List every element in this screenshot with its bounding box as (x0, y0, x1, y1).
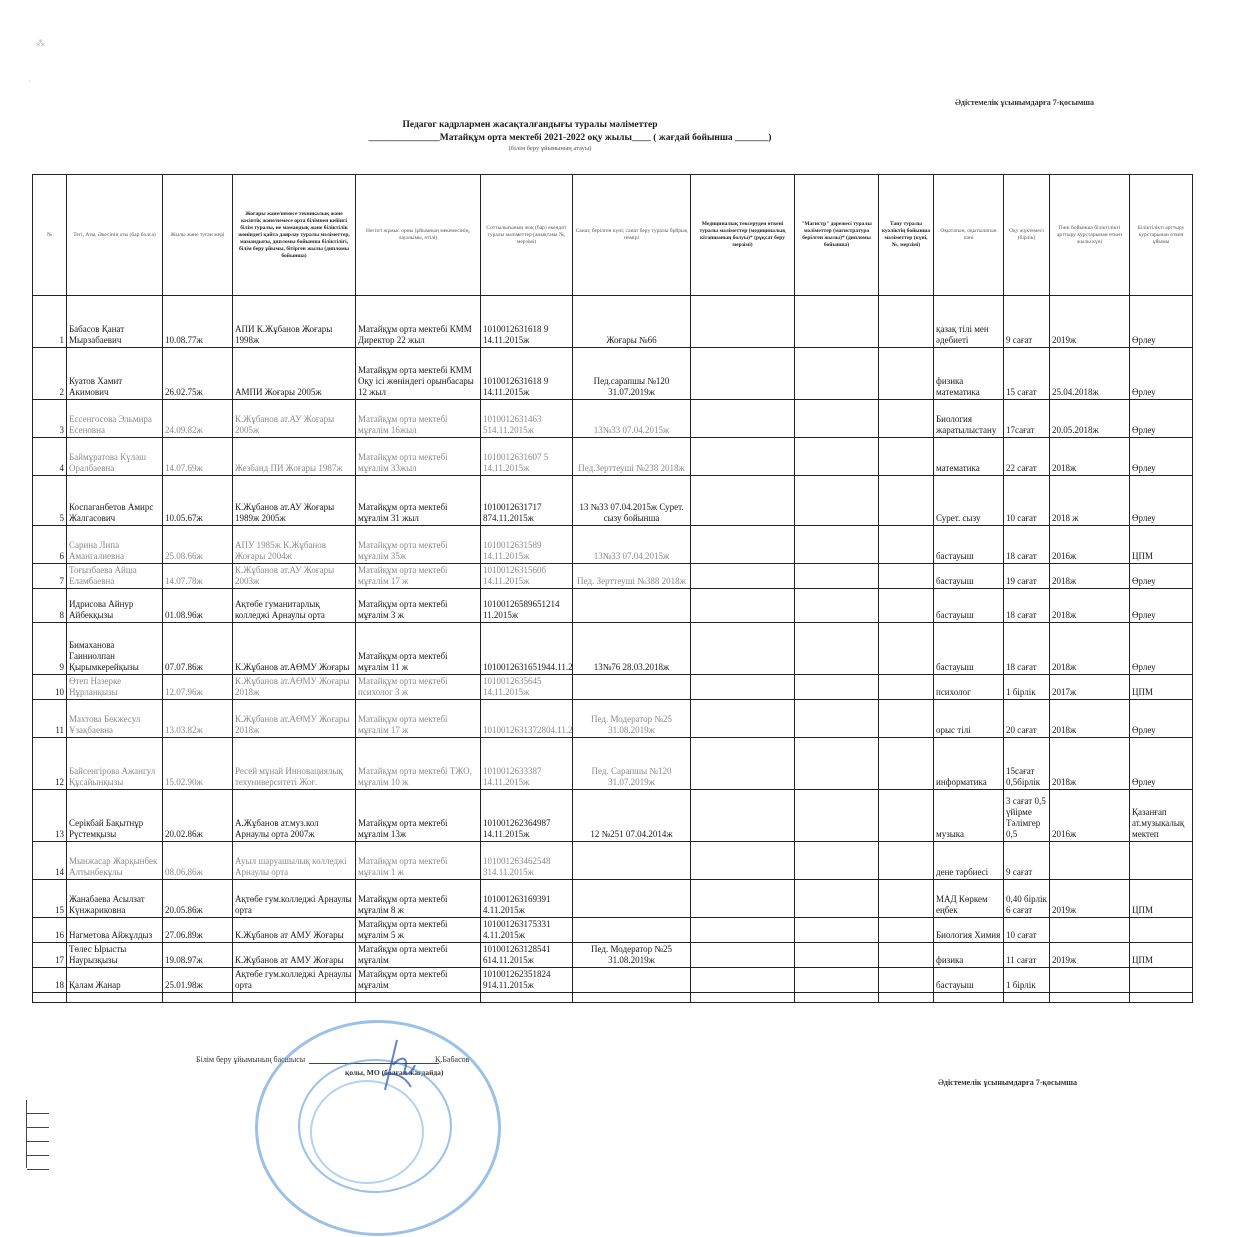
table-row: 10Өтеп Назерке Нұрланқызы12.07.96жК.Жұба… (33, 675, 1193, 700)
cell-education: Жезбанд ПИ Жоғары 1987ж (233, 438, 356, 476)
cell-name: Байсенгірова Ажангул Құсайынқызы (67, 738, 163, 790)
cell-load: 18 сағат (1004, 623, 1050, 675)
cell-workplace: Матайқұм орта мектебі ТЖО, мұғалім 10 ж (356, 738, 481, 790)
cell-education: Ресей мұнай Инновациялық техуниверситеті… (233, 738, 356, 790)
column-header: Жылы және туған жері (163, 175, 233, 296)
cell-workplace: Матайқұм орта мектебі мұғалім 17 ж (356, 564, 481, 589)
cell-no: 18 (33, 968, 67, 993)
cell-empty (1004, 993, 1050, 1003)
cell-load: 1 бірлік (1004, 675, 1050, 700)
cell-no: 5 (33, 476, 67, 526)
cell-no: 16 (33, 918, 67, 943)
cell-load: 22 сағат (1004, 438, 1050, 476)
cell-medical (691, 400, 795, 438)
column-header: Оқу жүктемесі (бірлік) (1004, 175, 1050, 296)
cell-empty (163, 993, 233, 1003)
document-header: Педагог кадрлармен жасақталғандығы турал… (290, 120, 850, 152)
cell-load: 11 сағат (1004, 943, 1050, 968)
cell-record: 101001262351824 914.11.2015ж (481, 968, 573, 993)
cell-course-org: Қазанғап ат.музыкалық мектеп (1130, 790, 1193, 842)
cell-workplace: Матайқұм орта мектебі мұғалім 31 жыл (356, 476, 481, 526)
column-header: Жоғары және/немесе техникалық және кәсіп… (233, 175, 356, 296)
cell-name: Бабасов Қанат Мырзабаевич (67, 296, 163, 348)
cell-course-year: 2019ж (1050, 880, 1130, 918)
column-header: № (33, 175, 67, 296)
cell-no: 12 (33, 738, 67, 790)
cell-category (573, 842, 691, 880)
cell-master (795, 675, 879, 700)
cell-record: 1010012633387 14.11.2015ж (481, 738, 573, 790)
cell-no: 7 (33, 564, 67, 589)
scan-speck: · (28, 76, 31, 86)
cell-recognition (879, 675, 934, 700)
cell-category: Пед. Сарапшы №120 31.07.2019ж (573, 738, 691, 790)
cell-course-year: 2018ж (1050, 738, 1130, 790)
table-row: 1Бабасов Қанат Мырзабаевич10.08.77жАПИ К… (33, 296, 1193, 348)
cell-recognition (879, 526, 934, 564)
cell-born: 20.05.86ж (163, 880, 233, 918)
cell-course-org: ЦПМ (1130, 943, 1193, 968)
cell-no: 17 (33, 943, 67, 968)
cell-workplace: Матайқұм орта мектебі мұғалім 33жыл (356, 438, 481, 476)
cell-recognition (879, 700, 934, 738)
cell-medical (691, 918, 795, 943)
table-row: 9Бимаханова Гаиниолпан Қырымкерейқызы07.… (33, 623, 1193, 675)
cell-category (573, 918, 691, 943)
cell-workplace: Матайқұм орта мектебі мұғалім 13ж (356, 790, 481, 842)
table-row: 14Мынжасар Жарқынбек Алтынбекұлы08.06.86… (33, 842, 1193, 880)
cell-medical (691, 623, 795, 675)
cell-record: 10100126589651214 11.2015ж (481, 589, 573, 623)
cell-name: Жанабаева Асылзат Күнжариковна (67, 880, 163, 918)
cell-subject: музыка (934, 790, 1004, 842)
cell-course-year: 2018ж (1050, 700, 1130, 738)
cell-no: 3 (33, 400, 67, 438)
table-row: 5Коспаганбетов Амирс Жалгасович10.05.67ж… (33, 476, 1193, 526)
cell-course-org: Өрлеу (1130, 700, 1193, 738)
scan-speck: ⁂ (36, 38, 45, 49)
cell-name: Нагметова Айжұлдыз (67, 918, 163, 943)
cell-record: 1010012635645 14.11.2015ж (481, 675, 573, 700)
cell-course-org: Өрлеу (1130, 438, 1193, 476)
cell-load: 1 бірлік (1004, 968, 1050, 993)
cell-education: К.Жұбанов ат.АУ Жоғары 2003ж (233, 564, 356, 589)
cell-recognition (879, 943, 934, 968)
cell-recognition (879, 400, 934, 438)
table-body: 1Бабасов Қанат Мырзабаевич10.08.77жАПИ К… (33, 296, 1193, 1003)
cell-workplace: Матайқұм орта мектебі мұғалім 8 ж (356, 880, 481, 918)
cell-load: 15сағат 0,5бірлік (1004, 738, 1050, 790)
cell-born: 26.02.75ж (163, 348, 233, 400)
cell-category: Пед.сарапшы №120 31.07.2019ж (573, 348, 691, 400)
cell-subject: бастауыш (934, 526, 1004, 564)
cell-no: 14 (33, 842, 67, 880)
annex-label-bottom: Әдістемелік ұсынымдарға 7-қосымша (938, 1078, 1077, 1087)
cell-born: 25.01.98ж (163, 968, 233, 993)
cell-no: 6 (33, 526, 67, 564)
cell-no: 8 (33, 589, 67, 623)
margin-ticks (26, 1100, 49, 1168)
cell-education: К.Жұбанов ат.АУ Жоғары 2005ж (233, 400, 356, 438)
cell-course-org (1130, 842, 1193, 880)
cell-master (795, 348, 879, 400)
cell-course-org: ЦПМ (1130, 880, 1193, 918)
cell-medical (691, 790, 795, 842)
cell-workplace: Матайқұм орта мектебі мұғалім 5 ж (356, 918, 481, 943)
cell-name: Баймұратова Күләш Оралбаевна (67, 438, 163, 476)
column-header: "Магистр" дәрежесі туралы мәліметтер (ма… (795, 175, 879, 296)
cell-record: 1010012631607 5 14.11.2015ж (481, 438, 573, 476)
cell-category (573, 675, 691, 700)
cell-born: 15.02.90ж (163, 738, 233, 790)
cell-medical (691, 943, 795, 968)
cell-master (795, 526, 879, 564)
cell-record: 1010012631651944.11.2015ж (481, 623, 573, 675)
table-row: 3Ессенгосова Эльмира Есеновна24.09.82жК.… (33, 400, 1193, 438)
cell-category: 12 №251 07.04.2014ж (573, 790, 691, 842)
cell-load: 10 сағат (1004, 476, 1050, 526)
cell-record: 101001262364987 14.11.2015ж (481, 790, 573, 842)
cell-subject: дене тәрбиесі (934, 842, 1004, 880)
cell-load: 10 сағат (1004, 918, 1050, 943)
cell-master (795, 842, 879, 880)
cell-record: 101001263175331 4.11.2015ж (481, 918, 573, 943)
cell-course-org: Өрлеу (1130, 589, 1193, 623)
cell-education: К.Жұбанов ат АМУ Жоғары (233, 918, 356, 943)
cell-category: Пед.Зерттеуші №238 2018ж (573, 438, 691, 476)
cell-no: 13 (33, 790, 67, 842)
cell-subject: математика (934, 438, 1004, 476)
cell-load: 20 сағат (1004, 700, 1050, 738)
cell-no: 11 (33, 700, 67, 738)
cell-record: 1010012631717 874.11.2015ж (481, 476, 573, 526)
cell-education: К.Жұбанов ат.АӨМУ Жоғары 2018ж (233, 675, 356, 700)
cell-master (795, 589, 879, 623)
cell-medical (691, 526, 795, 564)
cell-born: 08.06.86ж (163, 842, 233, 880)
cell-born: 13.03.82ж (163, 700, 233, 738)
cell-education: А.Жұбанов ат.муз.кол Арнаулы орта 2007ж (233, 790, 356, 842)
cell-course-year: 2018ж (1050, 564, 1130, 589)
table-row: 13Серікбай Бақытнұр Рүстемқызы20.02.86жА… (33, 790, 1193, 842)
cell-category: 13№33 07.04.2015ж (573, 400, 691, 438)
cell-load: 18 сағат (1004, 589, 1050, 623)
cell-course-year: 2018ж (1050, 623, 1130, 675)
cell-medical (691, 675, 795, 700)
cell-no: 4 (33, 438, 67, 476)
cell-name: Өтеп Назерке Нұрланқызы (67, 675, 163, 700)
cell-empty (795, 993, 879, 1003)
cell-workplace: Матайқұм орта мектебі мұғалім 1 ж (356, 842, 481, 880)
column-header: Соттылығының жоқ (бар) екендігі туралы м… (481, 175, 573, 296)
cell-empty (1050, 993, 1130, 1003)
cell-name: Мынжасар Жарқынбек Алтынбекұлы (67, 842, 163, 880)
cell-subject: информатика (934, 738, 1004, 790)
cell-load: 9 сағат (1004, 296, 1050, 348)
cell-born: 20.02.86ж (163, 790, 233, 842)
column-header: Медициналық тексеруден өткені туралы мәл… (691, 175, 795, 296)
cell-course-year: 2016ж (1050, 790, 1130, 842)
cell-medical (691, 880, 795, 918)
cell-course-org (1130, 968, 1193, 993)
cell-name: Ессенгосова Эльмира Есеновна (67, 400, 163, 438)
cell-subject: бастауыш (934, 623, 1004, 675)
cell-medical (691, 438, 795, 476)
cell-course-year: 2016ж (1050, 526, 1130, 564)
column-header: Негізгі жұмыс орны (ұйымның мекемесінің,… (356, 175, 481, 296)
cell-recognition (879, 842, 934, 880)
cell-name: Серікбай Бақытнұр Рүстемқызы (67, 790, 163, 842)
cell-subject: бастауыш (934, 589, 1004, 623)
cell-record: 1010012631560б 14.11.2015ж (481, 564, 573, 589)
cell-category (573, 968, 691, 993)
cell-born: 12.07.96ж (163, 675, 233, 700)
cell-medical (691, 589, 795, 623)
cell-category (573, 880, 691, 918)
cell-subject: Биология Химия (934, 918, 1004, 943)
cell-workplace: Матайқұм орта мектебі психолог 3 ж (356, 675, 481, 700)
cell-recognition (879, 348, 934, 400)
table-row: 16Нагметова Айжұлдыз27.06.89жК.Жұбанов а… (33, 918, 1193, 943)
cell-subject: МАД Көркем еңбек (934, 880, 1004, 918)
cell-medical (691, 476, 795, 526)
cell-medical (691, 738, 795, 790)
cell-category: Пед. Зерттеуші №388 2018ж (573, 564, 691, 589)
cell-name: Бимаханова Гаиниолпан Қырымкерейқызы (67, 623, 163, 675)
subtitle-note: (білім беру ұйымының атауы) (250, 145, 850, 152)
cell-name: Тоғызбаева Айша Еламбаевна (67, 564, 163, 589)
cell-subject: физика (934, 943, 1004, 968)
cell-empty (67, 993, 163, 1003)
cell-subject: психолог (934, 675, 1004, 700)
cell-course-org: Өрлеу (1130, 348, 1193, 400)
table-row: 6Сарина Липа Амангалиевна25.08.66жАПУ 19… (33, 526, 1193, 564)
cell-medical (691, 296, 795, 348)
column-header: Біліктілікті арттыру курстарынан өткен ұ… (1130, 175, 1193, 296)
cell-education: АПУ 1985ж К.Жұбанов Жоғары 2004ж (233, 526, 356, 564)
cell-subject: орыс тілі (934, 700, 1004, 738)
cell-load: 9 сағат (1004, 842, 1050, 880)
cell-category: Жоғары №66 (573, 296, 691, 348)
cell-recognition (879, 476, 934, 526)
cell-course-org: Өрлеу (1130, 296, 1193, 348)
cell-recognition (879, 564, 934, 589)
cell-no: 1 (33, 296, 67, 348)
cell-record: 1010012631463 514.11.2015ж (481, 400, 573, 438)
cell-workplace: Матайқұм орта мектебі мұғалім 11 ж (356, 623, 481, 675)
cell-course-year: 2018ж (1050, 589, 1130, 623)
cell-workplace: Матайқұм орта мектебі мұғалім 3 ж (356, 589, 481, 623)
document-subtitle: _______________Матайқұм орта мектебі 202… (290, 133, 850, 143)
cell-load: 17сағат (1004, 400, 1050, 438)
cell-record: 101001263128541 614.11.2015ж (481, 943, 573, 968)
cell-name: Төлес Ырысты Наурызқызы (67, 943, 163, 968)
cell-education: Ақтөбе гуманитарлық колледжі Арнаулы орт… (233, 589, 356, 623)
cell-no: 9 (33, 623, 67, 675)
table-header-row: №Тегі, Аты, Әкесінің аты (бар болса)Жылы… (33, 175, 1193, 296)
column-header: Санат, берілген күні; санат беру туралы … (573, 175, 691, 296)
cell-load: 0,40 бірлік 6 сағат (1004, 880, 1050, 918)
cell-course-year (1050, 968, 1130, 993)
cell-course-org (1130, 918, 1193, 943)
cell-recognition (879, 296, 934, 348)
cell-education: К.Жұбанов ат АМУ Жоғары (233, 943, 356, 968)
table-row: 2Куатов Хамит Акимович26.02.75жАМПИ Жоға… (33, 348, 1193, 400)
cell-master (795, 943, 879, 968)
cell-recognition (879, 589, 934, 623)
cell-master (795, 400, 879, 438)
cell-born: 10.05.67ж (163, 476, 233, 526)
cell-medical (691, 348, 795, 400)
cell-record: 101001263462548 314.11.2015ж (481, 842, 573, 880)
cell-workplace: Матайқұм орта мектебі мұғалім (356, 943, 481, 968)
cell-recognition (879, 623, 934, 675)
cell-medical (691, 564, 795, 589)
cell-no: 10 (33, 675, 67, 700)
cell-name: Коспаганбетов Амирс Жалгасович (67, 476, 163, 526)
cell-born: 27.06.89ж (163, 918, 233, 943)
cell-course-year: 2017ж (1050, 675, 1130, 700)
cell-course-org: Өрлеу (1130, 623, 1193, 675)
cell-empty (233, 993, 356, 1003)
table-row: 12Байсенгірова Ажангул Құсайынқызы15.02.… (33, 738, 1193, 790)
cell-workplace: Матайқұм орта мектебі мұғалім 35ж (356, 526, 481, 564)
cell-subject: қазақ тілі мен әдебиеті (934, 296, 1004, 348)
cell-subject: Сурет. сызу (934, 476, 1004, 526)
cell-medical (691, 842, 795, 880)
staff-table: №Тегі, Аты, Әкесінің аты (бар болса)Жылы… (32, 174, 1193, 1003)
cell-medical (691, 700, 795, 738)
table-row: 11Махтова Бекжесул Ұзақбаевна13.03.82жК.… (33, 700, 1193, 738)
annex-label: Әдістемелік ұсынымдарға 7-қосымша (955, 98, 1094, 107)
column-header: Тану туралы куәліктің бойынша мәліметтер… (879, 175, 934, 296)
cell-name: Сарина Липа Амангалиевна (67, 526, 163, 564)
cell-course-org: Өрлеу (1130, 400, 1193, 438)
cell-load: 15 сағат (1004, 348, 1050, 400)
table-row: 15Жанабаева Асылзат Күнжариковна20.05.86… (33, 880, 1193, 918)
cell-subject: бастауыш (934, 968, 1004, 993)
cell-medical (691, 968, 795, 993)
cell-empty (33, 993, 67, 1003)
cell-master (795, 476, 879, 526)
cell-course-year (1050, 842, 1130, 880)
cell-born: 10.08.77ж (163, 296, 233, 348)
table-row: 7Тоғызбаева Айша Еламбаевна14.07.78жК.Жұ… (33, 564, 1193, 589)
cell-category: 13№33 07.04.2015ж (573, 526, 691, 564)
cell-workplace: Матайқұм орта мектебі мұғалім 17 ж (356, 700, 481, 738)
cell-empty (356, 993, 481, 1003)
cell-record: 1010012631372804.11.2015ж (481, 700, 573, 738)
cell-load: 19 сағат (1004, 564, 1050, 589)
cell-course-org: ЦПМ (1130, 675, 1193, 700)
cell-education: К.Жұбанов ат.АӨМУ Жоғары 2018ж (233, 700, 356, 738)
cell-name: Куатов Хамит Акимович (67, 348, 163, 400)
cell-workplace: Матайқұм орта мектебі КММ Оқу ісі жөнінд… (356, 348, 481, 400)
table-row: 17Төлес Ырысты Наурызқызы19.08.97жК.Жұба… (33, 943, 1193, 968)
table-row-empty (33, 993, 1193, 1003)
cell-course-year: 20.05.2018ж (1050, 400, 1130, 438)
cell-course-year (1050, 918, 1130, 943)
table-row: 4Баймұратова Күләш Оралбаевна14.07.69жЖе… (33, 438, 1193, 476)
cell-course-year: 2019ж (1050, 943, 1130, 968)
cell-empty (1130, 993, 1193, 1003)
cell-recognition (879, 438, 934, 476)
cell-education: АМПИ Жоғары 2005ж (233, 348, 356, 400)
cell-master (795, 623, 879, 675)
table-row: 8Идрисова Айнур Айбекқызы01.08.96жАқтөбе… (33, 589, 1193, 623)
cell-subject: Биология жаратылыстану (934, 400, 1004, 438)
cell-master (795, 880, 879, 918)
cell-education: К.Жұбанов ат.АӨМУ Жоғары (233, 623, 356, 675)
cell-no: 15 (33, 880, 67, 918)
cell-born: 24.09.82ж (163, 400, 233, 438)
cell-master (795, 438, 879, 476)
signature-icon (365, 1035, 425, 1095)
cell-empty (573, 993, 691, 1003)
cell-category: 13 №33 07.04.2015ж Сурет. сызу бойынша (573, 476, 691, 526)
cell-education: Ақтөбе гум.колледжі Арнаулы орта (233, 968, 356, 993)
cell-born: 01.08.96ж (163, 589, 233, 623)
cell-education: АПИ К.Жұбанов Жоғары 1998ж (233, 296, 356, 348)
cell-education: Ақтөбе гум.колледжі Арнаулы орта (233, 880, 356, 918)
cell-name: Қалам Жанар (67, 968, 163, 993)
cell-empty (934, 993, 1004, 1003)
cell-workplace: Матайқұм орта мектебі мұғалім 16жыл (356, 400, 481, 438)
cell-education: Ауыл шаруашылық колледжі Арнаулы орта (233, 842, 356, 880)
cell-empty (691, 993, 795, 1003)
cell-course-org: Өрлеу (1130, 476, 1193, 526)
cell-master (795, 738, 879, 790)
cell-load: 3 сағат 0,5 үйірме Тәлімгер 0,5 (1004, 790, 1050, 842)
cell-recognition (879, 918, 934, 943)
cell-course-org: ЦПМ (1130, 526, 1193, 564)
cell-recognition (879, 968, 934, 993)
cell-category: Пед. Модератор №25 31.08.2019ж (573, 700, 691, 738)
cell-born: 19.08.97ж (163, 943, 233, 968)
cell-born: 25.08.66ж (163, 526, 233, 564)
cell-course-year: 2018ж (1050, 438, 1130, 476)
column-header: Тегі, Аты, Әкесінің аты (бар болса) (67, 175, 163, 296)
cell-category: Пед. Модератор №25 31.08.2019ж (573, 943, 691, 968)
cell-master (795, 918, 879, 943)
cell-no: 2 (33, 348, 67, 400)
cell-born: 14.07.78ж (163, 564, 233, 589)
cell-recognition (879, 880, 934, 918)
cell-course-year: 2018 ж (1050, 476, 1130, 526)
cell-name: Махтова Бекжесул Ұзақбаевна (67, 700, 163, 738)
cell-course-year: 25.04.2018ж (1050, 348, 1130, 400)
cell-course-year: 2019ж (1050, 296, 1130, 348)
cell-master (795, 296, 879, 348)
cell-record: 1010012631589 14.11.2015ж (481, 526, 573, 564)
table-row: 18Қалам Жанар25.01.98жАқтөбе гум.колледж… (33, 968, 1193, 993)
cell-master (795, 790, 879, 842)
document-title: Педагог кадрлармен жасақталғандығы турал… (210, 120, 850, 130)
cell-record: 1010012631618 9 14.11.2015ж (481, 348, 573, 400)
cell-born: 07.07.86ж (163, 623, 233, 675)
cell-empty (879, 993, 934, 1003)
cell-workplace: Матайқұм орта мектебі мұғалім (356, 968, 481, 993)
cell-subject: бастауыш (934, 564, 1004, 589)
cell-category: 13№76 28.03.2018ж (573, 623, 691, 675)
cell-category (573, 589, 691, 623)
cell-subject: физика математика (934, 348, 1004, 400)
cell-course-org: Өрлеу (1130, 564, 1193, 589)
cell-born: 14.07.69ж (163, 438, 233, 476)
cell-name: Идрисова Айнур Айбекқызы (67, 589, 163, 623)
cell-course-org: Өрлеу (1130, 738, 1193, 790)
cell-master (795, 564, 879, 589)
